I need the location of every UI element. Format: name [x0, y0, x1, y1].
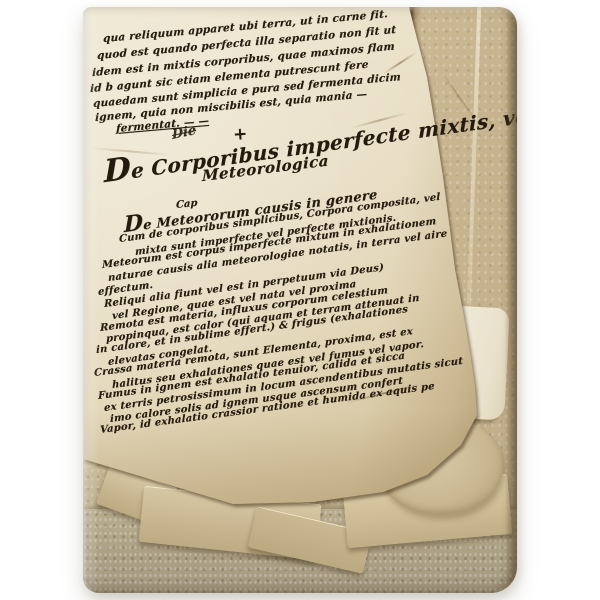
notebook-cover: qua reliquum apparet ubi terra, ut in ca…	[83, 7, 517, 593]
photo-background: qua reliquum apparet ubi terra, ut in ca…	[0, 0, 600, 600]
manuscript-text-layer: qua reliquum apparet ubi terra, ut in ca…	[83, 7, 517, 593]
